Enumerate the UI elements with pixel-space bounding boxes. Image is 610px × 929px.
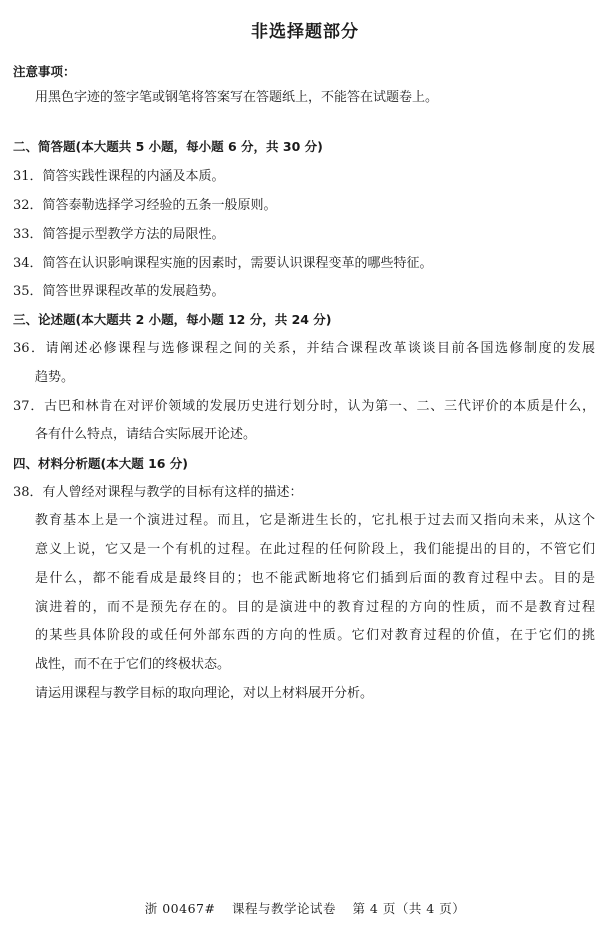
question-32: 32．简答泰勒选择学习经验的五条一般原则。 [13,198,277,214]
question-33: 33．简答提示型教学方法的局限性。 [13,227,225,243]
material-line: 的某些具体阶段的或任何外部东西的方向的性质。它们对教育过程的价值，在于它们的挑 [35,628,595,644]
question-36-line2: 趋势。 [35,370,74,386]
exam-code: 浙 00467# [145,901,216,916]
question-31: 31．简答实践性课程的内涵及本质。 [13,169,225,185]
section4-heading: 四、材料分析题(本大题 16 分) [13,456,188,472]
question-35: 35．简答世界课程改革的发展趋势。 [13,284,225,300]
question-34: 34．简答在认识影响课程实施的因素时，需要认识课程变革的哪些特征。 [13,256,433,272]
page-title: 非选择题部分 [0,24,610,40]
material-line: 意义上说，它又是一个有机的过程。在此过程的任何阶段上，我们能提出的目的，不管它们 [35,542,595,558]
material-line: 战性，而不在于它们的终极状态。 [35,657,230,673]
material-line: 是什么，都不能看成是最终目的；也不能武断地将它们插到后面的教育过程中去。目的是 [35,571,595,587]
notice-heading: 注意事项： [13,64,76,80]
question-38-task: 请运用课程与教学目标的取向理论，对以上材料展开分析。 [35,686,373,702]
material-line: 教育基本上是一个演进过程。而且，它是渐进生长的，它扎根于过去而又指向未来，从这个 [35,513,595,529]
notice-text: 用黑色字迹的签字笔或钢笔将答案写在答题纸上，不能答在试题卷上。 [35,90,438,106]
page-number: 第 4 页（共 4 页） [352,901,465,916]
question-37-line2: 各有什么特点，请结合实际展开论述。 [35,427,256,443]
page-footer: 浙 00467# 课程与教学论试卷 第 4 页（共 4 页） [0,901,610,917]
question-38-intro: 38．有人曾经对课程与教学的目标有这样的描述： [13,485,303,501]
material-line: 演进着的，而不是预先存在的。目的是演进中的教育过程的方向的性质，而不是教育过程 [35,600,595,616]
question-37-line1: 37．古巴和林肯在对评价领域的发展历史进行划分时，认为第一、二、三代评价的本质是… [13,399,595,415]
exam-subject: 课程与教学论试卷 [232,901,336,916]
question-36-line1: 36．请阐述必修课程与选修课程之间的关系，并结合课程改革谈谈目前各国选修制度的发… [13,341,595,357]
section2-heading: 二、简答题(本大题共 5 小题，每小题 6 分，共 30 分) [13,139,323,155]
section3-heading: 三、论述题(本大题共 2 小题，每小题 12 分，共 24 分) [13,312,332,328]
